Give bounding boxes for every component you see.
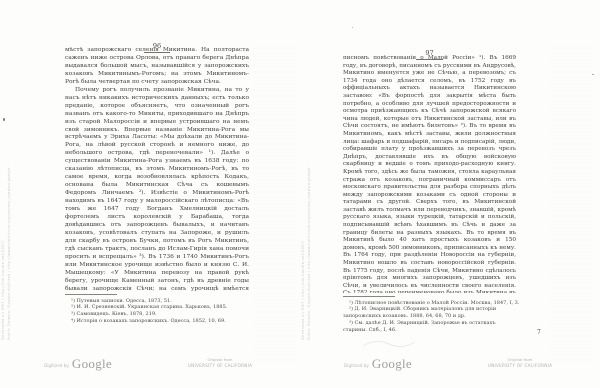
margin-public-domain-text: Public Domain, Google-digitized / http:/…: [7, 130, 11, 340]
google-watermark: Digitized byGoogle: [344, 353, 412, 372]
scan-speck: [3, 118, 5, 121]
google-watermark: Digitized byGoogle: [44, 353, 112, 372]
paragraph: Почему рогъ получилъ прозваніе Микитина,…: [65, 87, 249, 291]
paragraph: писномъ повѣствованіи о Малой Россіи» ¹)…: [343, 55, 516, 293]
footnotes-block: ¹) Лѣтописное повѣствованіе о Малой Росс…: [343, 296, 520, 334]
page-97: Generated on GMT / http://hdl.handle.net…: [300, 0, 600, 388]
footnote: ⁴) Исторія о козакахъ запорожскихъ. Одес…: [65, 318, 249, 325]
page-96: Generated on GMT / http://hdl.handle.net…: [0, 0, 300, 388]
library-stamp: Original from UNIVERSITY OF CALIFORNIA: [181, 358, 259, 368]
footnote: ²) Д. И. Эварницкій. Сборникъ матеріалов…: [343, 306, 520, 320]
google-logo: Google: [72, 356, 112, 371]
margin-generated-text: Generated on GMT / http://hdl.handle.net…: [301, 130, 305, 340]
footnote: ³) См. далѣе Д. И. Эварницкій. Запорожье…: [343, 320, 520, 334]
digitized-by-label: Digitized by: [44, 363, 69, 368]
library-name: UNIVERSITY OF CALIFORNIA: [181, 363, 259, 368]
library-stamp: Original from UNIVERSITY OF CALIFORNIA: [481, 358, 559, 368]
paragraph: мѣстѣ запорожскаго селенія Микитина. На …: [65, 47, 249, 87]
book-scan: Generated on GMT / http://hdl.handle.net…: [0, 0, 600, 388]
digitized-by-label: Digitized by: [344, 363, 369, 368]
footnotes-block: ¹) Путевыя записки. Одесса, 1873, 51.²) …: [65, 294, 249, 325]
pencil-mark: [362, 336, 417, 350]
page-body-text: мѣстѣ запорожскаго селенія Микитина. На …: [65, 47, 249, 291]
margin-public-domain-text: Public Domain, Google-digitized / http:/…: [307, 130, 311, 340]
margin-generated-text: Generated on GMT / http://hdl.handle.net…: [1, 130, 5, 340]
library-name: UNIVERSITY OF CALIFORNIA: [481, 363, 559, 368]
page-body-text: писномъ повѣствованіи о Малой Россіи» ¹)…: [343, 55, 516, 293]
google-logo: Google: [372, 356, 412, 371]
signature-mark: 7: [537, 329, 541, 336]
